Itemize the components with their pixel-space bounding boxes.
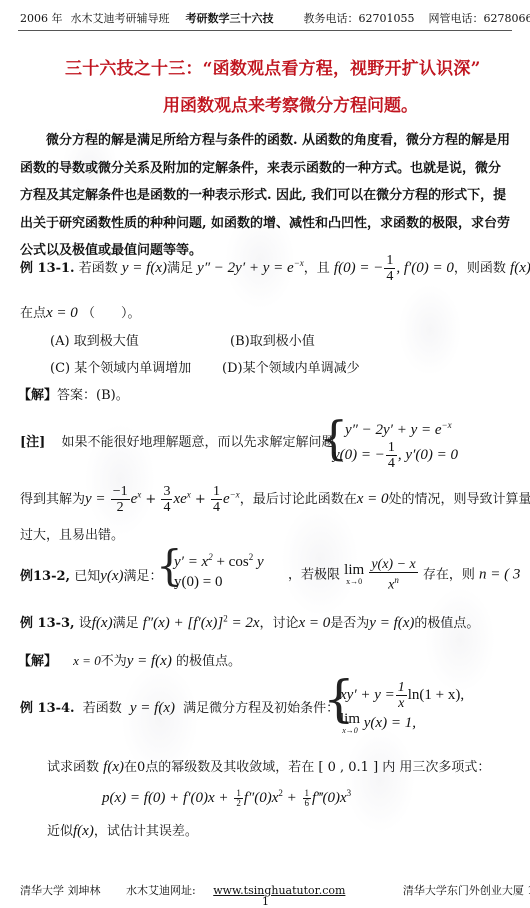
- note-text: 如果不能很好地理解题意，而以先求解定解问题: [61, 435, 334, 450]
- system-row-2: limx→0 y(x) = 1,: [340, 712, 416, 735]
- math-expr: f(x): [510, 260, 530, 276]
- note-line: [注] 如果不能很好地理解题意，而以先求解定解问题: [20, 431, 334, 450]
- option-c: (C) 某个领域内单调增加: [50, 357, 191, 376]
- header-admin-phone: 网管电话：62780661-433: [429, 10, 530, 26]
- section-subtitle: 用函数观点来考察微分方程问题。: [163, 91, 418, 116]
- example-13-1-solution: 【解】答案：(B)。: [18, 384, 129, 403]
- example-13-4-question: 试求函数 f(x)在0点的幂级数及其收敛域，若在 [ 0 , 0.1 ] 内 用…: [47, 756, 490, 776]
- polynomial-formula: p(x) = f(0) + f′(0)x + 12f″(0)x2 + 16f‴(…: [102, 788, 351, 808]
- footer-address: 清华大学东门外创业大厦 1006: [403, 884, 530, 897]
- text: （ ）。: [82, 306, 141, 321]
- header-year: 2006 年: [20, 10, 63, 26]
- math-expr: y = f(x): [122, 260, 167, 276]
- result-line-2: 过大，且易出错。: [20, 524, 124, 543]
- example-13-1-statement: 例 13-1. 若函数 y = f(x)满足 y″ − 2y′ + y = e−…: [20, 253, 530, 284]
- header-title: 考研数学三十六技: [186, 10, 274, 26]
- text: 满足: [167, 261, 193, 276]
- example-13-3-statement: 例 13-3, 设f(x)满足 f″(x) + [f′(x)]2 = 2x，讨论…: [20, 612, 479, 632]
- footer-author: 清华大学 刘坤林: [20, 884, 101, 897]
- header-office-phone: 教务电话：62701055: [304, 10, 415, 26]
- math-expr: x = 0: [46, 305, 78, 321]
- solution-label: 【解】: [18, 654, 57, 669]
- example-label: 例 13-4.: [20, 701, 75, 716]
- system-row-2: y(0) = −14, y′(0) = 0: [333, 440, 458, 471]
- text: 在点: [20, 306, 46, 321]
- system-row-1: xy′ + y =1xln(1 + x),: [340, 680, 464, 711]
- footer-site-label: 水木艾迪网址:: [126, 884, 196, 897]
- text: ，且: [304, 261, 330, 276]
- limit-expression: ，若极限 limx→0 y(x) − xxn 存在，则 n = ( 3 ).: [288, 557, 530, 593]
- text: 若函数: [79, 261, 118, 276]
- example-label: 例 13-1.: [20, 261, 75, 276]
- math-expr: f(0) = −: [334, 260, 383, 276]
- example-13-3-solution: 【解】 x = 0不为y = f(x) 的极值点。: [18, 650, 241, 670]
- solution-label: 【解】: [18, 388, 57, 403]
- example-label: 例13-2,: [20, 569, 70, 584]
- note-label: [注]: [20, 435, 45, 450]
- system-row-1: y″ − 2y′ + y = e−x: [345, 420, 452, 439]
- header-divider: [18, 30, 512, 31]
- section-title: 三十六技之十三：“函数观点看方程，视野开扩认识深”: [65, 54, 481, 79]
- page-header: 2006 年 水木艾迪考研辅导班 考研数学三十六技 教务电话：62701055 …: [20, 10, 510, 26]
- header-class-name: 水木艾迪考研辅导班: [71, 10, 170, 26]
- math-ode: y″ − 2y′ + y = e−x: [197, 260, 304, 276]
- example-13-4-statement: 例 13-4. 若函数 y = f(x) 满足微分方程及初始条件：: [20, 697, 339, 717]
- fraction: 14: [384, 253, 395, 284]
- solution-text: 答案：(B)。: [57, 388, 129, 403]
- result-line: 得到其解为y = −12ex + 34xex + 14e−x，最后讨论此函数在x…: [20, 484, 530, 515]
- system-row-2: y(0) = 0: [174, 574, 222, 591]
- example-13-4-end: 近似f(x)，试估计其误差。: [47, 820, 198, 840]
- option-d: (D)某个领域内单调减少: [222, 357, 360, 376]
- intro-paragraph: 微分方程的解是满足所给方程与条件的函数. 从函数的角度看，微分方程的解是用函数的…: [20, 127, 512, 265]
- math-expr: , f′(0) = 0: [396, 260, 454, 276]
- example-13-2-statement: 例13-2, 已知y(x)满足：: [20, 565, 163, 585]
- option-b: (B)取到极小值: [230, 330, 315, 349]
- option-a: (A) 取到极大值: [50, 330, 139, 349]
- footer-site-link[interactable]: www.tsinghuatutor.com: [213, 884, 345, 897]
- system-row-1: y′ = x2 + cos2 y: [174, 552, 264, 571]
- example-13-1-line2: 在点x = 0 （ ）。: [20, 302, 140, 322]
- text: ，则函数: [454, 261, 506, 276]
- page-number: 1: [262, 895, 269, 908]
- example-label: 例 13-3,: [20, 616, 75, 631]
